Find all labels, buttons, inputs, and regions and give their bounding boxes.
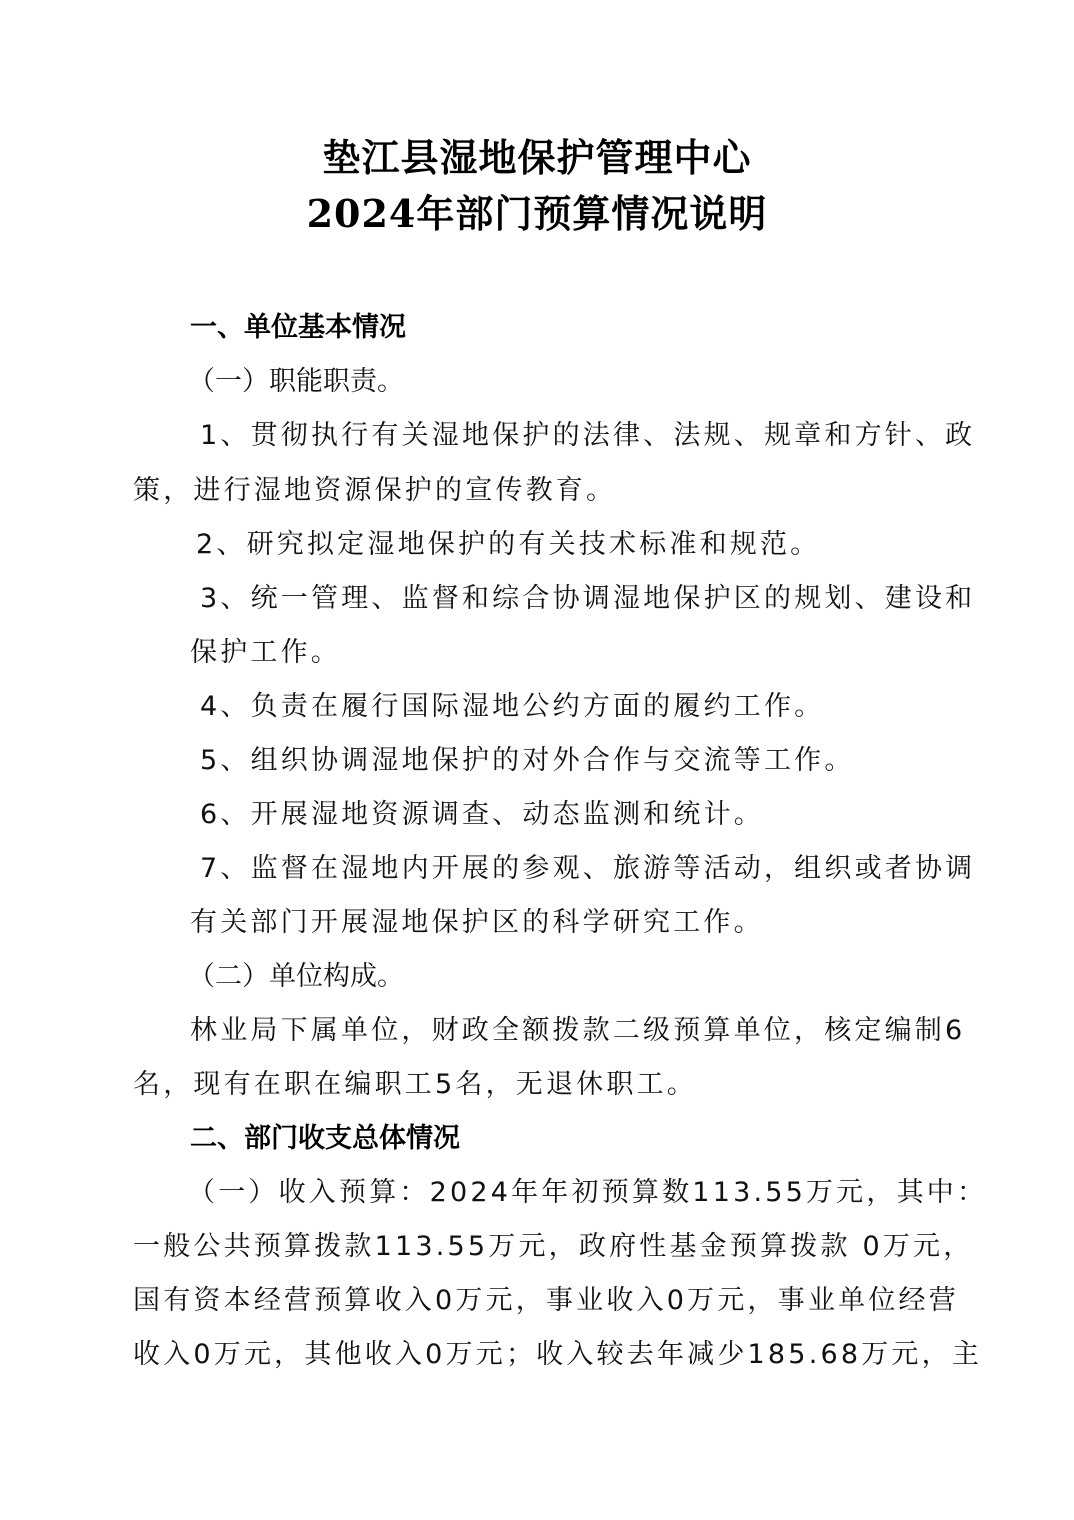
- duty-item-1: 1、贯彻执行有关湿地保护的法律、法规、规章和方针、政: [200, 418, 975, 454]
- income-budget-line3: 国有资本经营预算收入0万元，事业收入0万元，事业单位经营: [133, 1283, 959, 1319]
- duty-item-7: 7、监督在湿地内开展的参观、旅游等活动，组织或者协调: [200, 851, 975, 887]
- duty-item-1-cont: 策，进行湿地资源保护的宣传教育。: [133, 473, 616, 509]
- duty-item-3: 3、统一管理、监督和综合协调湿地保护区的规划、建设和: [200, 581, 975, 617]
- duty-item-2: 2、研究拟定湿地保护的有关技术标准和规范。: [196, 527, 820, 563]
- section2-heading: 二、部门收支总体情况: [190, 1121, 460, 1157]
- duty-item-6: 6、开展湿地资源调查、动态监测和统计。: [200, 797, 764, 833]
- duty-item-7-cont: 有关部门开展湿地保护区的科学研究工作。: [190, 905, 764, 941]
- subsection2-heading: （二）单位构成。: [188, 959, 404, 995]
- unit-composition-line1: 林业局下属单位，财政全额拨款二级预算单位，核定编制6: [190, 1013, 965, 1049]
- subsection1-heading: （一）职能职责。: [188, 364, 404, 400]
- unit-composition-line2: 名，现有在职在编职工5名，无退休职工。: [133, 1067, 697, 1103]
- duty-item-4: 4、负责在履行国际湿地公约方面的履约工作。: [200, 689, 824, 725]
- income-budget-line1: （一）收入预算：2024年年初预算数113.55万元，其中：: [188, 1175, 987, 1211]
- section1-heading: 一、单位基本情况: [190, 310, 406, 346]
- income-budget-line2: 一般公共预算拨款113.55万元，政府性基金预算拨款 0万元，: [133, 1229, 973, 1265]
- income-budget-line4: 收入0万元，其他收入0万元；收入较去年减少185.68万元，主: [133, 1337, 982, 1373]
- duty-item-5: 5、组织协调湿地保护的对外合作与交流等工作。: [200, 743, 855, 779]
- document-title-line2: 2024年部门预算情况说明: [0, 189, 1074, 239]
- duty-item-3-cont: 保护工作。: [190, 635, 341, 671]
- document-title-line1: 垫江县湿地保护管理中心: [0, 133, 1074, 183]
- document-page: 垫江县湿地保护管理中心 2024年部门预算情况说明 一、单位基本情况 （一）职能…: [0, 0, 1074, 1520]
